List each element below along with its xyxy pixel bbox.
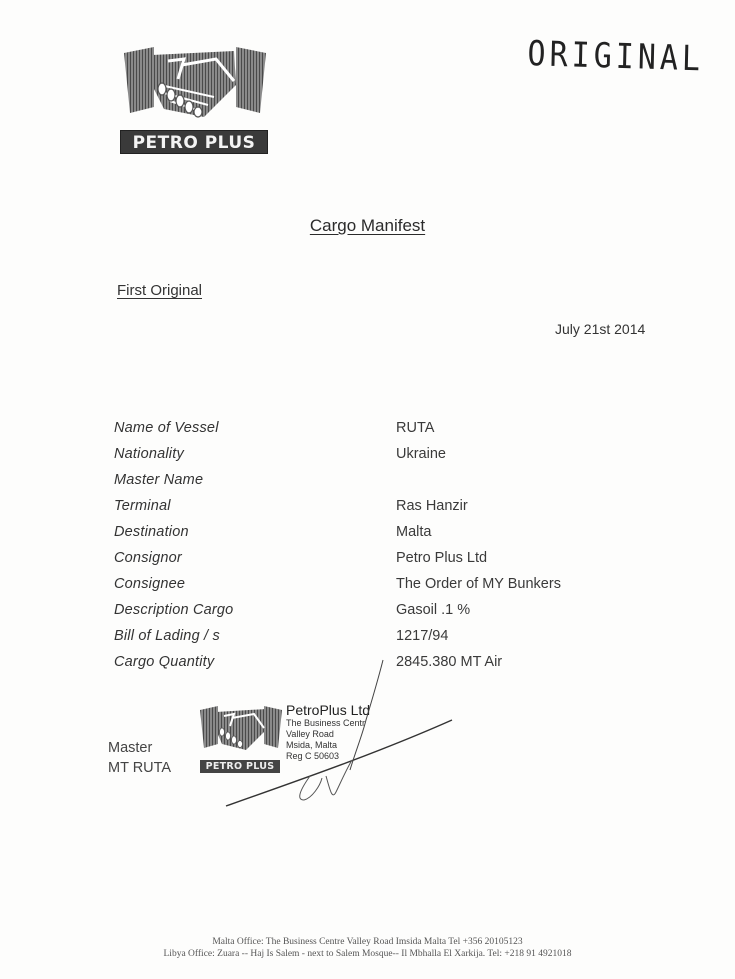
- field-label: Cargo Quantity: [114, 654, 214, 670]
- field-label: Master Name: [114, 472, 203, 488]
- original-stamp: ORIGINAL: [527, 34, 704, 80]
- stamp-line: Valley Road: [286, 729, 370, 740]
- field-label: Description Cargo: [114, 602, 233, 618]
- document-subtitle: First Original: [117, 282, 202, 299]
- field-row-nationality: Nationality Ukraine: [114, 446, 674, 472]
- field-row-vessel: Name of Vessel RUTA: [114, 420, 674, 446]
- field-value: Petro Plus Ltd: [396, 550, 487, 566]
- field-row-terminal: Terminal Ras Hanzir: [114, 498, 674, 524]
- field-row-master-name: Master Name: [114, 472, 674, 498]
- field-value: Ukraine: [396, 446, 446, 462]
- field-value: Gasoil .1 %: [396, 602, 470, 618]
- field-label: Consignor: [114, 550, 182, 566]
- field-value: Malta: [396, 524, 431, 540]
- field-label: Destination: [114, 524, 189, 540]
- company-logo: PETRO PLUS: [120, 45, 268, 155]
- field-label: Terminal: [114, 498, 171, 514]
- handshake-icon: [124, 45, 266, 123]
- stamp-wordmark: PETRO PLUS: [200, 760, 280, 773]
- stamp-line: Msida, Malta: [286, 740, 370, 751]
- signatory-block: Master MT RUTA: [108, 738, 171, 778]
- field-row-bill-of-lading: Bill of Lading / s 1217/94: [114, 628, 674, 654]
- stamp-line: Reg C 50603: [286, 751, 370, 762]
- field-label: Consignee: [114, 576, 185, 592]
- footer-malta-office: Malta Office: The Business Centre Valley…: [0, 936, 735, 948]
- stamp-line: The Business Centr: [286, 718, 370, 729]
- footer-libya-office: Libya Office: Zuara -- Haj Is Salem - ne…: [0, 948, 735, 960]
- company-stamp: PETRO PLUS PetroPlus Ltd The Business Ce…: [200, 700, 400, 780]
- field-row-destination: Destination Malta: [114, 524, 674, 550]
- field-value: 1217/94: [396, 628, 448, 644]
- field-row-description-cargo: Description Cargo Gasoil .1 %: [114, 602, 674, 628]
- field-value: RUTA: [396, 420, 434, 436]
- page-footer: Malta Office: The Business Centre Valley…: [0, 936, 735, 960]
- document-title: Cargo Manifest: [0, 216, 735, 236]
- document-date: July 21st 2014: [555, 321, 645, 337]
- field-label: Nationality: [114, 446, 184, 462]
- field-row-cargo-quantity: Cargo Quantity 2845.380 MT Air: [114, 654, 674, 680]
- document-page: PETRO PLUS ORIGINAL Cargo Manifest First…: [0, 0, 735, 979]
- field-label: Name of Vessel: [114, 420, 219, 436]
- manifest-fields: Name of Vessel RUTA Nationality Ukraine …: [114, 420, 674, 680]
- stamp-company-name: PetroPlus Ltd: [286, 702, 370, 718]
- field-value: The Order of MY Bunkers: [396, 576, 561, 592]
- signatory-vessel: MT RUTA: [108, 758, 171, 778]
- stamp-address: PetroPlus Ltd The Business Centr Valley …: [286, 702, 370, 762]
- field-label: Bill of Lading / s: [114, 628, 220, 644]
- field-value: 2845.380 MT Air: [396, 654, 502, 670]
- handshake-icon: [200, 706, 282, 752]
- logo-wordmark: PETRO PLUS: [120, 130, 268, 154]
- field-row-consignee: Consignee The Order of MY Bunkers: [114, 576, 674, 602]
- signatory-title: Master: [108, 738, 171, 758]
- field-value: Ras Hanzir: [396, 498, 468, 514]
- field-row-consignor: Consignor Petro Plus Ltd: [114, 550, 674, 576]
